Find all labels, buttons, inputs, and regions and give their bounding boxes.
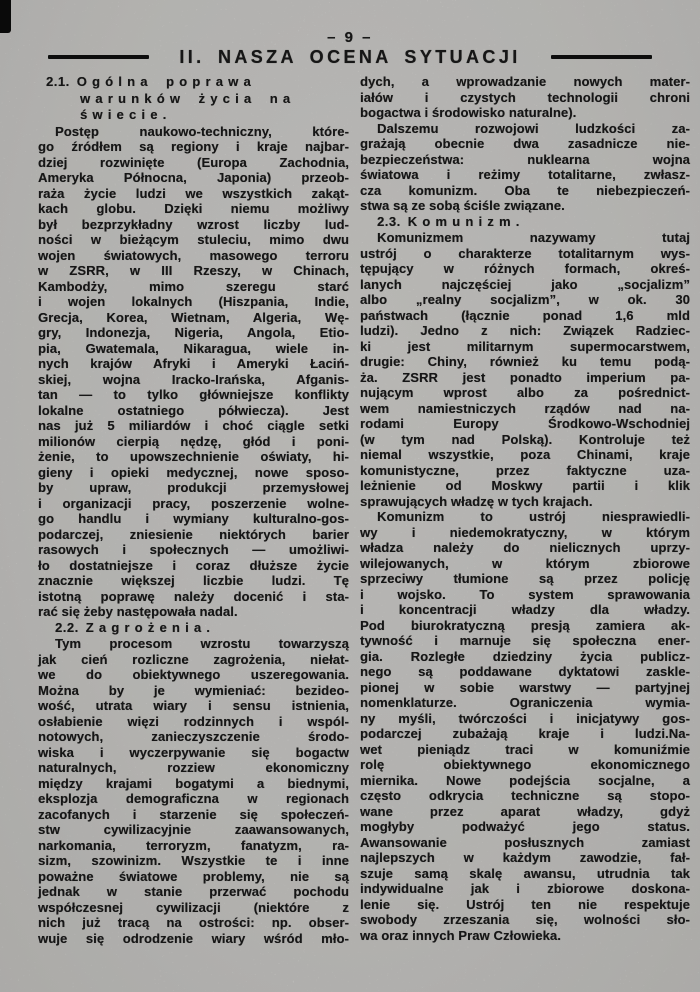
text-line: ludzi). Jedno z nich: Związek Radziec-	[360, 323, 690, 339]
text-line: ności w bieżącym stuleciu, mimo dwu	[38, 232, 349, 248]
text-line: wojen światowych, masowego terroru	[38, 248, 349, 264]
text-line: państwach (łącznie ponad 1,6 mld	[360, 308, 690, 324]
header-rule-right	[551, 55, 652, 59]
text-line: nas już 5 miliardów i choć ciągle setki	[38, 418, 349, 434]
text-line: Pod biurokratyczną presją zamiera ak-	[360, 618, 690, 634]
text-line: rodami Europy Środkowo-Wschodniej	[360, 416, 690, 432]
text-line: i koncentracji władzy dla władzy.	[360, 602, 690, 618]
text-line: istotną poprawę należy docenić i sta-	[38, 589, 349, 605]
text-line: pionej w sobie warstwy — partyjnej	[360, 680, 690, 696]
text-line: dziej rozwinięte (Europa Zachodnia,	[38, 155, 349, 171]
text-line: by upraw, produkcji przemysłowej	[38, 480, 349, 496]
text-line: stwa są ze sobą ściśle związane.	[360, 198, 690, 214]
section-heading-line: świecie.	[38, 107, 349, 124]
section-heading-line: warunków życia na	[38, 91, 349, 108]
section-header: II. NASZA OCENA SYTUACJI	[0, 46, 700, 68]
text-line: cza komunizm. Oba te niebezpieczeń-	[360, 183, 690, 199]
text-line: poważne światowe problemy, nie są	[38, 869, 349, 885]
text-line: ny myśli, twórczości i inicjatywy gos-	[360, 711, 690, 727]
text-line: tan — to tylko główniejsze konflikty	[38, 387, 349, 403]
text-line: swobody zrzeszania się, wolności sło-	[360, 912, 690, 928]
text-line: tępujący w różnych formach, okreś-	[360, 261, 690, 277]
text-line: rać się żeby następowała nadal.	[38, 604, 349, 620]
text-line: lenie się. Ustrój ten nie respektuje	[360, 897, 690, 913]
text-line: narkomania, terroryzm, fanatyzm, ra-	[38, 838, 349, 854]
text-line: go handlu i wymiany kulturalno-gos-	[38, 511, 349, 527]
text-line: mogłyby podważyć jego status.	[360, 819, 690, 835]
text-line: komunistyczne, przez faktyczne uza-	[360, 463, 690, 479]
text-line: nych krajów Afryki i Ameryki Łaciń-	[38, 356, 349, 372]
text-line: nomenklaturze. Ograniczenia wymia-	[360, 695, 690, 711]
left-column: 2.1.Ogólna poprawawarunków życia naświec…	[38, 74, 349, 946]
text-line: nich już tracą na ostrości: np. obser-	[38, 915, 349, 931]
text-line: jak cień rozliczne zagrożenia, niełat-	[38, 652, 349, 668]
text-line: grażają obecnie dwa zasadnicze nie-	[360, 136, 690, 152]
text-line: wuje się odrodzenie wiary wśród mło-	[38, 931, 349, 947]
text-line: indywidualne jak i zbiorowe doskona-	[360, 881, 690, 897]
text-line: szuje samą skalę awansu, utrudnia tak	[360, 866, 690, 882]
text-line: eksplozja demograficzna w regionach	[38, 791, 349, 807]
text-line: gia. Rozległe dziedziny życia publicz-	[360, 649, 690, 665]
text-line: między krajami bogatymi a biednymi,	[38, 776, 349, 792]
text-line: Dalszemu rozwojowi ludzkości za-	[360, 121, 690, 137]
section-heading: 2.2.Zagrożenia.	[38, 620, 349, 637]
text-line: Awansowanie posłusznych zamiast	[360, 835, 690, 851]
text-line: światowa i reżimy totalitarne, zwłasz-	[360, 167, 690, 183]
text-line: ustrój o charakterze totalitarnym wys-	[360, 246, 690, 262]
text-line: we do obiektywnego uszeregowania.	[38, 667, 349, 683]
text-line: znacznie większej liczbie ludzi. Tę	[38, 573, 349, 589]
text-line: wa oraz innych Praw Człowieka.	[360, 928, 690, 944]
text-line: miernika. Nowe podejścia socjalne, a	[360, 773, 690, 789]
text-line: niemal wszystkie, poza Chinami, kraje	[360, 447, 690, 463]
text-line: bezpieczeństwa: nuklearna wojna	[360, 152, 690, 168]
section-heading: 2.3.Komunizm.	[360, 214, 690, 231]
text-line: wane przez aparat władzy, gdyż	[360, 804, 690, 820]
text-line: (w tym nad Polską). Kontroluje też	[360, 432, 690, 448]
section-heading: 2.1.Ogólna poprawawarunków życia naświec…	[38, 74, 349, 124]
scan-artifact-mark	[0, 0, 11, 33]
text-line: ło dostatniejsze i coraz dłuższe życie	[38, 558, 349, 574]
text-line: wość, utrata wiary i sensu istnienia,	[38, 698, 349, 714]
text-line: lanych najczęściej jako „socjalizm”	[360, 277, 690, 293]
text-line: skiej, wojna Iracko-Irańska, Afganis-	[38, 372, 349, 388]
text-line: kach globu. Dzięki niemu możliwy	[38, 201, 349, 217]
text-line: drugie: Chiny, również ku temu podą-	[360, 354, 690, 370]
text-line: nującym wprost albo za pośrednict-	[360, 385, 690, 401]
document-page: – 9 – II. NASZA OCENA SYTUACJI 2.1.Ogóln…	[0, 0, 700, 992]
text-line: milionów cierpią nędzę, głód i poni-	[38, 434, 349, 450]
text-line: wiska i wyczerpywanie się bogactw	[38, 745, 349, 761]
text-line: Można by je wymieniać: bezideo-	[38, 683, 349, 699]
text-line: albo „realny socjalizm”, w ok. 30	[360, 292, 690, 308]
text-line: współczesnej cywilizacji (niektóre z	[38, 900, 349, 916]
text-line: nego są poddawane dyktatowi zaskle-	[360, 664, 690, 680]
text-line: Kambodży, mimo szeregu starć	[38, 279, 349, 295]
text-line: Grecja, Korea, Wietnam, Algeria, Wę-	[38, 310, 349, 326]
text-line: lokalne ostatniego półwiecza). Jest	[38, 403, 349, 419]
text-line: gieny i opieki medycznej, nowe sposo-	[38, 465, 349, 481]
text-line: zacofanych i starzenie się społeczeń-	[38, 807, 349, 823]
right-column: dych, a wprowadzanie nowych mater-iałów …	[360, 74, 690, 946]
page-title: II. NASZA OCENA SYTUACJI	[179, 47, 520, 68]
text-line: tywność i marnuje się społeczna ener-	[360, 633, 690, 649]
text-line: stw cywilizacyjnie zaawansowanych,	[38, 822, 349, 838]
text-line: sprzeciwy tłumione są przez policję	[360, 571, 690, 587]
text-line: rolę obiektywnego ekonomicznego	[360, 757, 690, 773]
text-line: i organizacji pracy, poszerzenie wolne-	[38, 496, 349, 512]
text-line: Ameryka Północna, Japonia) przeob-	[38, 170, 349, 186]
text-line: wilejowanych, w którym zbiorowe	[360, 556, 690, 572]
section-heading-line: 2.1.Ogólna poprawa	[38, 74, 349, 91]
text-line: i wojsko. To system sprawowania	[360, 587, 690, 603]
text-line: raża życie ludzi we wszystkich zakąt-	[38, 186, 349, 202]
text-line: naturalnych, rozziew ekonomiczny	[38, 760, 349, 776]
text-line: sizm, szowinizm. Wszystkie te i inne	[38, 853, 349, 869]
text-line: najlepszych w każdym zawodzie, fał-	[360, 850, 690, 866]
page-number: – 9 –	[0, 0, 700, 46]
text-line: Komunizmem nazywamy tutaj	[360, 230, 690, 246]
text-line: wy i niedemokratyczny, w którym	[360, 525, 690, 541]
header-rule-left	[48, 55, 149, 59]
text-line: leżnienie od Moskwy partii i klik	[360, 478, 690, 494]
text-line: rasowych i społecznych — umożliwi-	[38, 542, 349, 558]
text-line: żenie, to upowszechnienie oświaty, hi-	[38, 449, 349, 465]
text-line: i wojen lokalnych (Hiszpania, Indie,	[38, 294, 349, 310]
text-line: ki jest militarnym supermocarstwem,	[360, 339, 690, 355]
text-line: Komunizm to ustrój niesprawiedli-	[360, 509, 690, 525]
text-line: Tym procesom wzrostu towarzyszą	[38, 636, 349, 652]
text-line: pia, Gwatemala, Nikaragua, wiele in-	[38, 341, 349, 357]
text-line: ża. ZSRR jest ponadto imperium pa-	[360, 370, 690, 386]
text-line: podarczej, zniesienie niektórych barier	[38, 527, 349, 543]
text-line: sprawujących władzę w tych krajach.	[360, 494, 690, 510]
text-line: podarczej zubażają kraje i ludzi.Na-	[360, 726, 690, 742]
text-line: osłabienie więzi rodzinnych i wspól-	[38, 714, 349, 730]
text-line: wet pieniądz traci w komuniźmie	[360, 742, 690, 758]
text-line: notowych, zanieczyszczenie środo-	[38, 729, 349, 745]
text-line: dych, a wprowadzanie nowych mater-	[360, 74, 690, 90]
text-line: często odkrycia techniczne są stopo-	[360, 788, 690, 804]
text-line: był bezprzykładny wzrost liczby lud-	[38, 217, 349, 233]
text-line: władza należy do nielicznych uprzy-	[360, 540, 690, 556]
text-line: gry, Indonezja, Nigeria, Angola, Etio-	[38, 325, 349, 341]
text-line: wem namiestniczych rządów nad na-	[360, 401, 690, 417]
two-column-text: 2.1.Ogólna poprawawarunków życia naświec…	[0, 74, 700, 946]
text-line: iałów i czystych technologii chroni	[360, 90, 690, 106]
text-line: bogactwa i środowisko naturalne).	[360, 105, 690, 121]
text-line: w ZSRR, w III Rzeszy, w Chinach,	[38, 263, 349, 279]
text-line: jednak w stanie przerwać pochodu	[38, 884, 349, 900]
text-line: Postęp naukowo-techniczny, które-	[38, 124, 349, 140]
text-line: go źródłem są regiony i kraje najbar-	[38, 139, 349, 155]
